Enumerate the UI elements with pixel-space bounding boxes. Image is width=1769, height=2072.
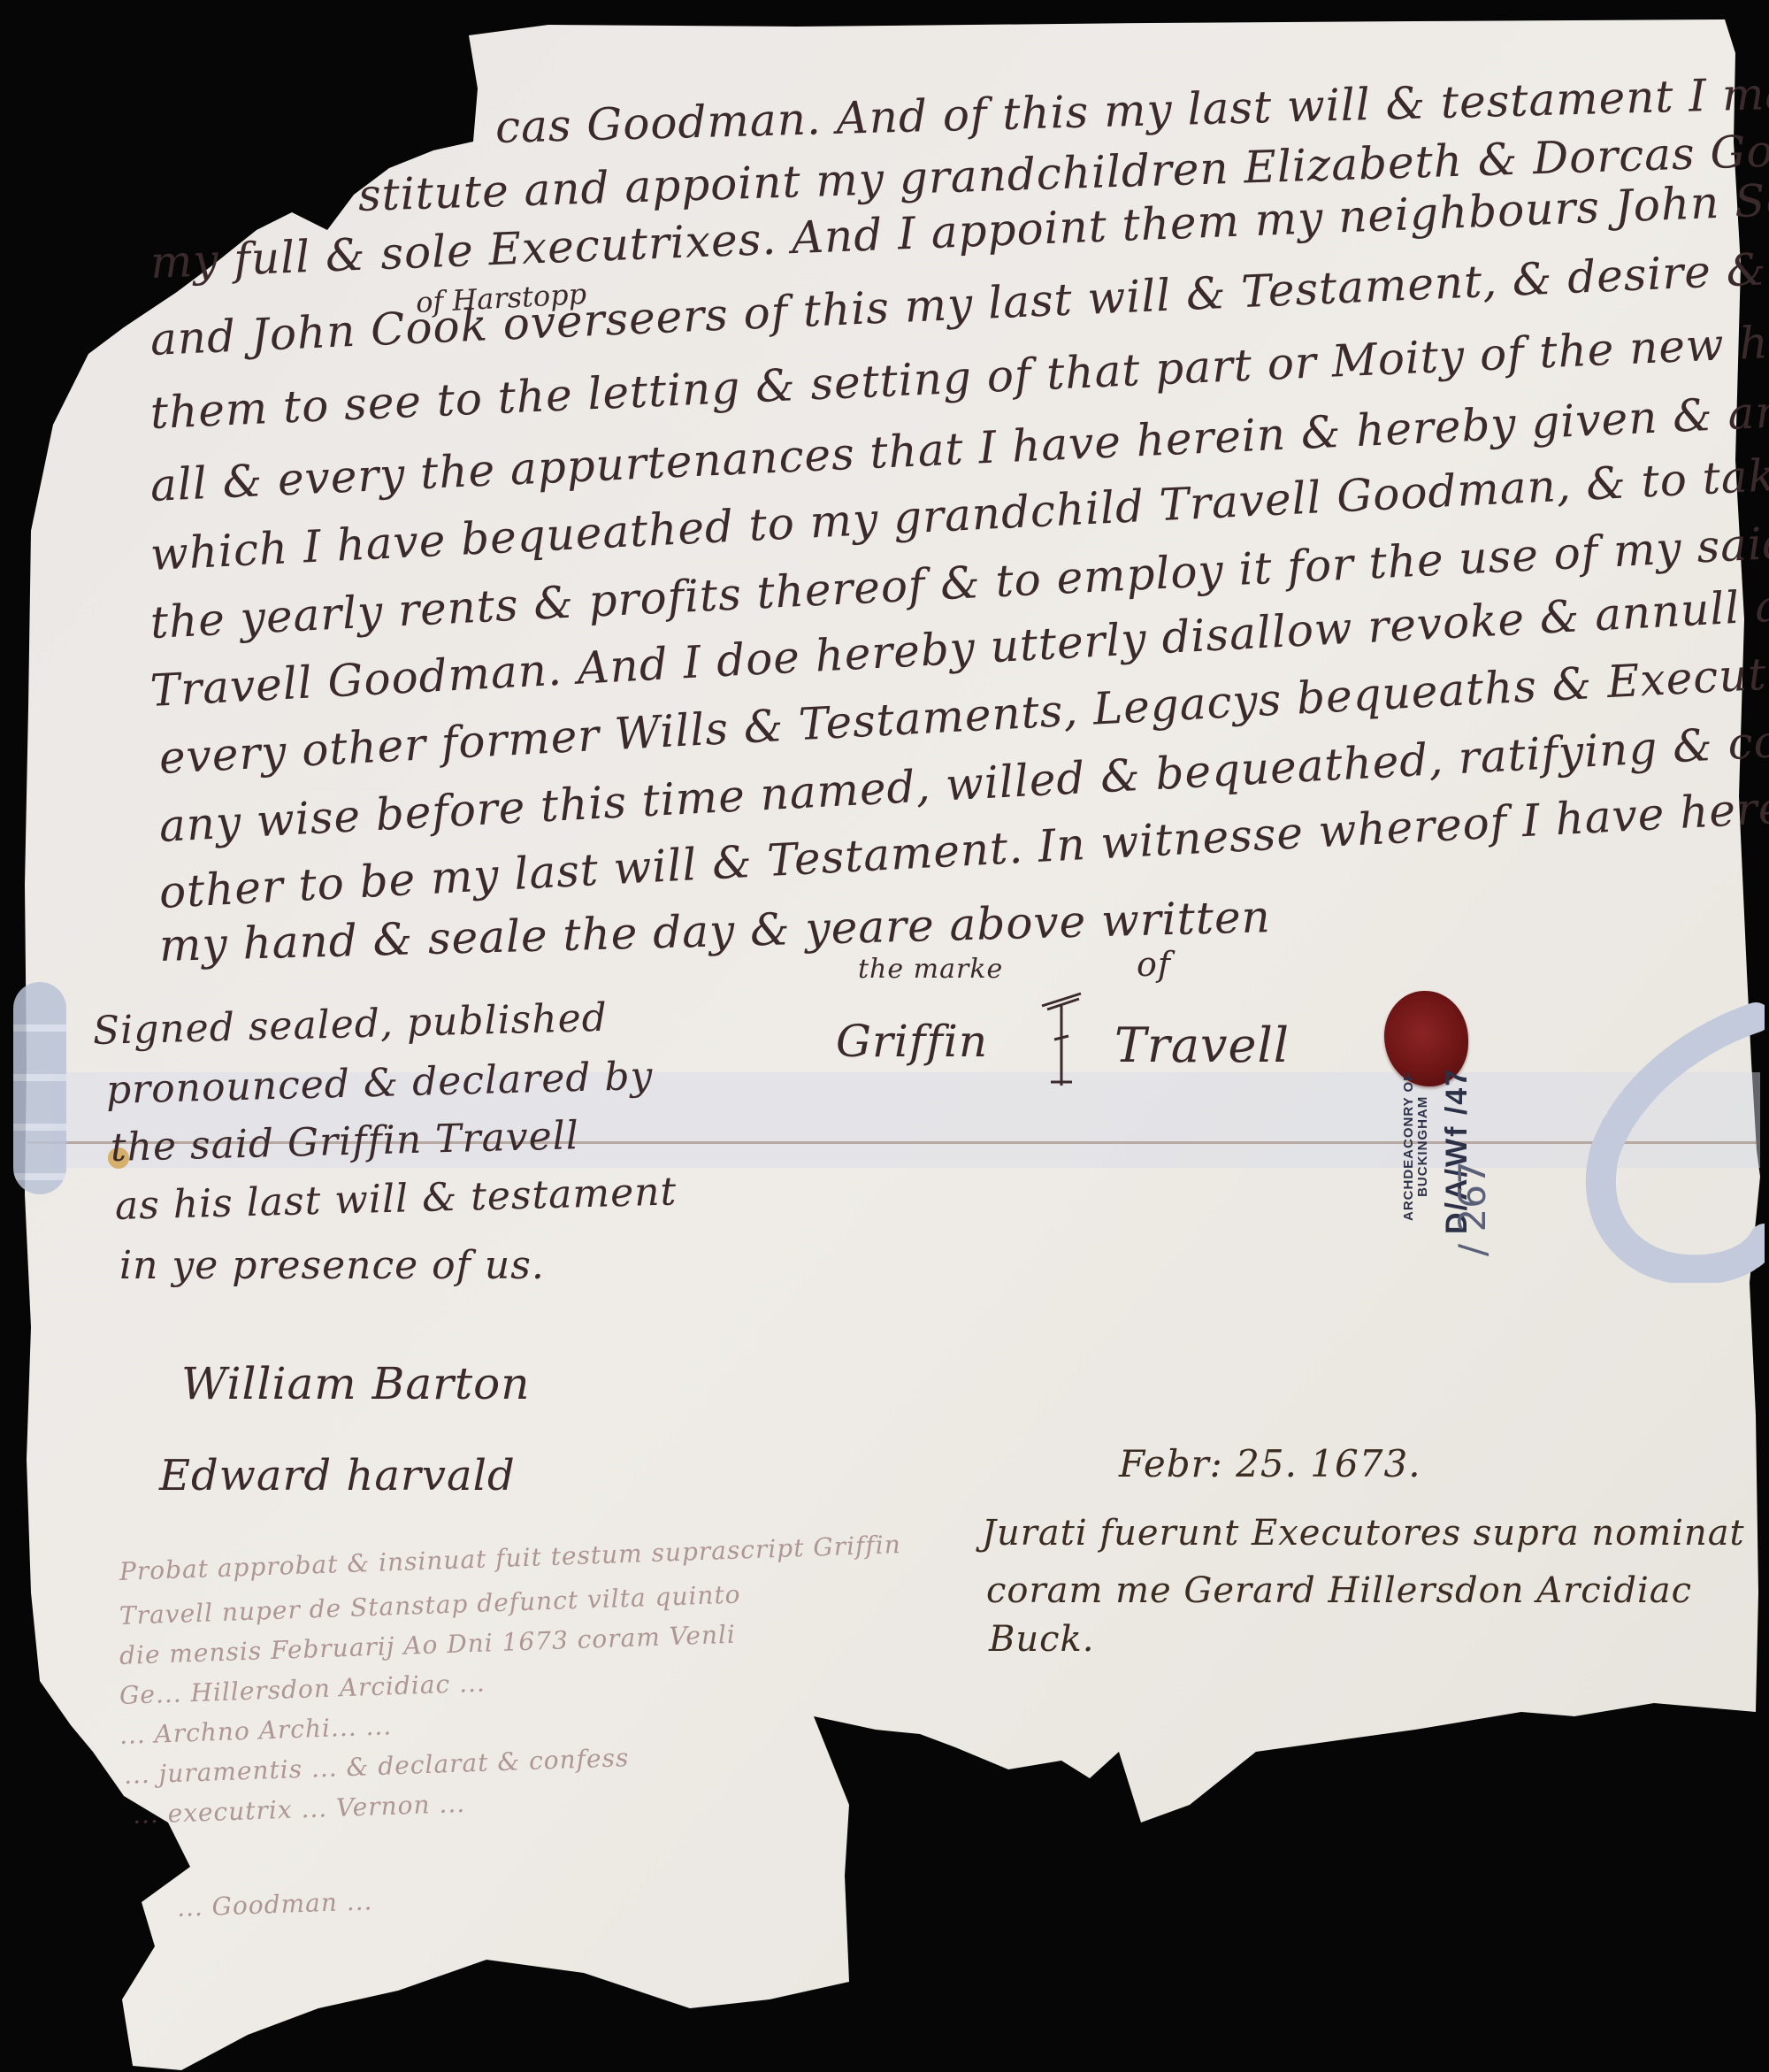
signature-first-name: Griffin xyxy=(836,1016,988,1067)
stamp-org-line-2: BUCKINGHAM xyxy=(1416,1072,1430,1221)
archive-stamp: ARCHDEACONRY OF BUCKINGHAM xyxy=(1402,1072,1430,1221)
probate-line-1: Jurati fuerunt Executores supra nominat xyxy=(982,1513,1745,1554)
document-scan: cas Goodman. And of this my last will & … xyxy=(0,0,1769,2072)
probate-line-2: coram me Gerard Hillersdon Arcidiac xyxy=(986,1570,1692,1611)
witness-2: Edward harvald xyxy=(159,1451,516,1500)
witness-1: William Barton xyxy=(181,1358,530,1409)
mark-caption-of: of xyxy=(1137,945,1171,984)
attestation-line-5: in ye presence of us. xyxy=(119,1243,545,1288)
mark-caption: the marke xyxy=(858,954,1003,985)
ribbon-loop-left xyxy=(13,982,66,1194)
stamp-org-line-1: ARCHDEACONRY OF xyxy=(1402,1072,1416,1221)
ribbon-loop-right xyxy=(1552,1000,1765,1283)
testator-mark-icon xyxy=(1035,986,1088,1093)
probate-line-3: Buck. xyxy=(989,1619,1095,1660)
handwritten-item-number: / 267 xyxy=(1451,1161,1494,1256)
probate-date: Febr: 25. 1673. xyxy=(1119,1442,1421,1485)
signature-surname: Travell xyxy=(1114,1017,1290,1073)
